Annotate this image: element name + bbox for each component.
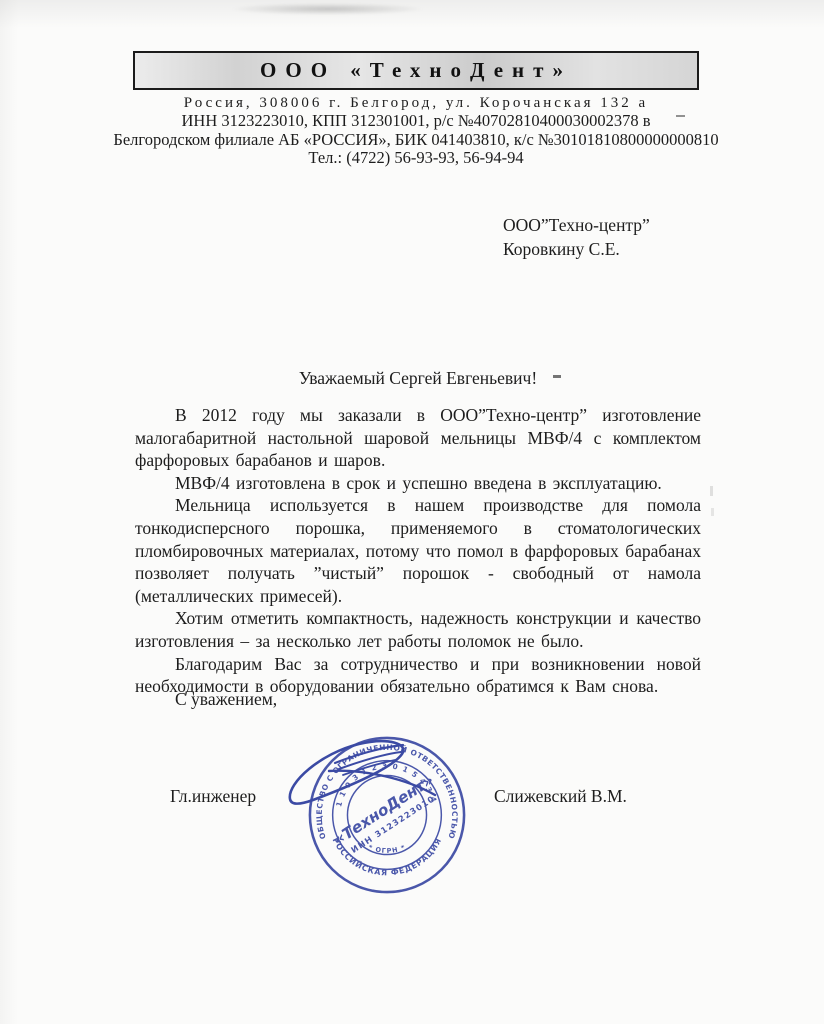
scan-artifact (710, 486, 713, 496)
signer-title: Гл.инженер (170, 786, 256, 807)
recipient-person: Коровкину С.Е. (503, 237, 650, 261)
paragraph-4: Хотим отметить компактность, надежность … (135, 607, 701, 652)
letter-page: ООО «ТехноДент» Россия, 308006 г. Белгор… (0, 0, 824, 1024)
salutation: Уважаемый Сергей Евгеньевич! (135, 368, 701, 389)
signer-name: Слижевский В.М. (494, 786, 627, 807)
letterhead-phone: Тел.: (4722) 56-93-93, 56-94-94 (110, 149, 722, 167)
recipient-block: ООО”Техно-центр” Коровкину С.Е. (503, 213, 650, 261)
recipient-company: ООО”Техно-центр” (503, 213, 650, 237)
letterhead-details: Россия, 308006 г. Белгород, ул. Корочанс… (110, 94, 722, 168)
letter-body: В 2012 году мы заказали в ООО”Техно-цент… (135, 404, 701, 698)
svg-text:* ОГРН *: * ОГРН * (367, 843, 407, 855)
paragraph-2: МВФ/4 изготовлена в срок и успешно введе… (135, 472, 701, 495)
closing: С уважением, (135, 689, 277, 710)
scan-smudge (230, 3, 425, 15)
paragraph-3: Мельница используется в нашем производст… (135, 494, 701, 607)
letterhead-requisites-1: ИНН 3123223010, КПП 312301001, р/с №4070… (110, 112, 722, 130)
handwritten-signature-icon (283, 733, 463, 825)
letterhead-address: Россия, 308006 г. Белгород, ул. Корочанс… (110, 94, 722, 112)
company-name: ООО «ТехноДент» (260, 58, 572, 83)
stamp-ogrn-label: * ОГРН * (367, 843, 407, 855)
scan-artifact (711, 508, 714, 516)
paragraph-1: В 2012 году мы заказали в ООО”Техно-цент… (135, 404, 701, 472)
letterhead-requisites-2: Белгородском филиале АБ «РОССИЯ», БИК 04… (110, 131, 722, 149)
letterhead-company-box: ООО «ТехноДент» (133, 51, 699, 90)
